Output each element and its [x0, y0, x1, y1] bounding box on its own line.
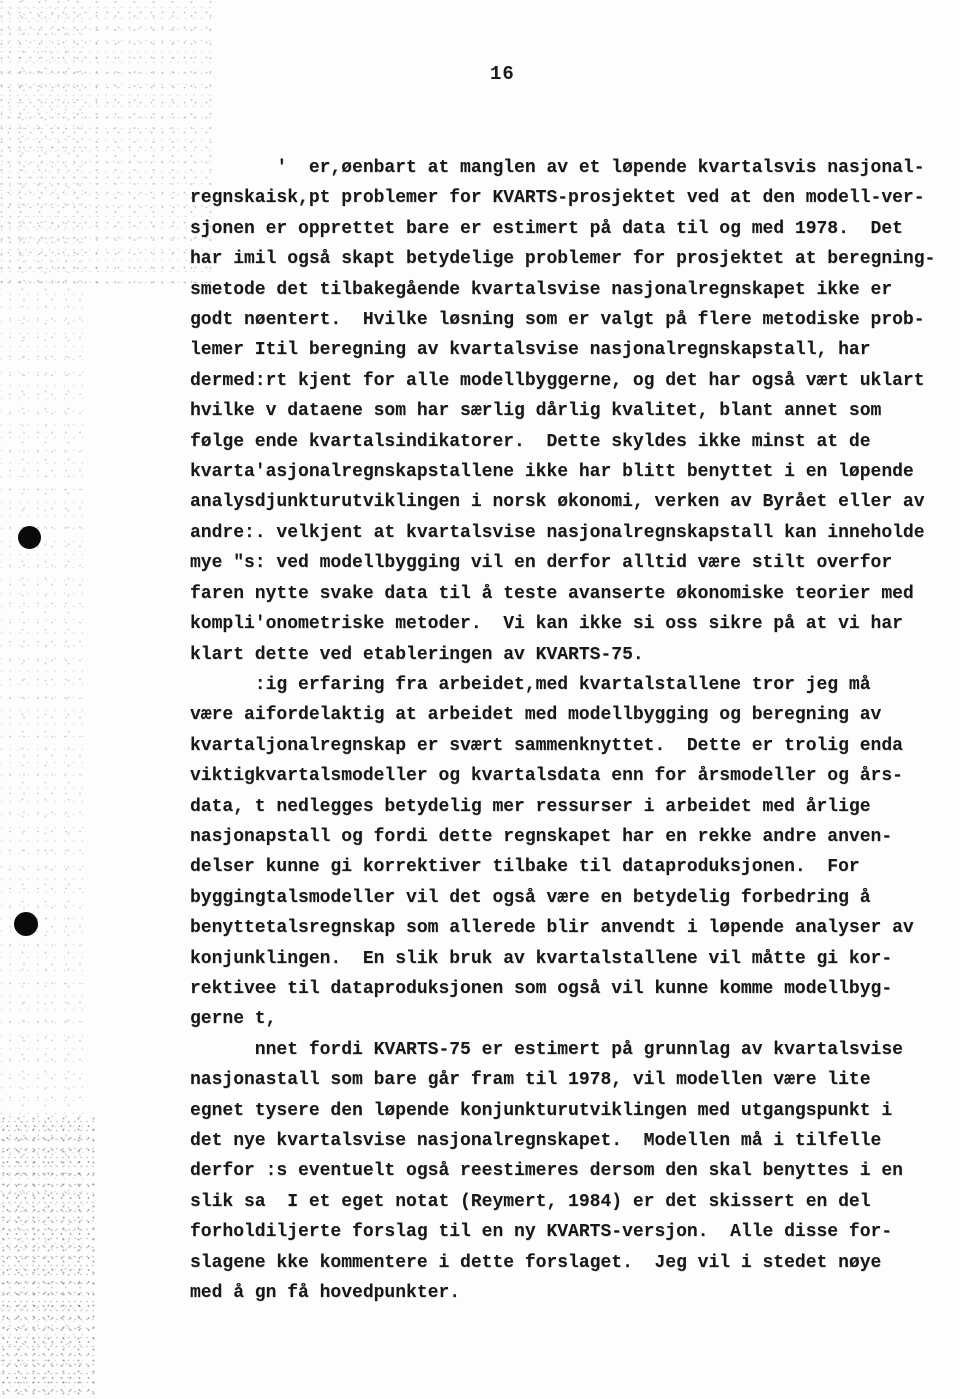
- text-line: benyttetalsregnskap som allerede blir an…: [190, 913, 950, 943]
- hole-punch-mark-top: [18, 526, 41, 549]
- text-line: med å gn få hovedpunkter.: [190, 1278, 950, 1308]
- text-line: faren nytte svake data til å teste avans…: [190, 579, 950, 609]
- text-line: godt nøentert. Hvilke løsning som er val…: [190, 305, 950, 335]
- text-line: forholdiljerte forslag til en ny KVARTS-…: [190, 1217, 950, 1247]
- text-line: andre:. velkjent at kvartalsvise nasjona…: [190, 518, 950, 548]
- document-text-block: ' er,øenbart at manglen av et løpende kv…: [190, 153, 950, 1308]
- text-line: analysdjunkturutviklingen i norsk økonom…: [190, 487, 950, 517]
- text-line: :ig erfaring fra arbeidet,med kvartalsta…: [190, 670, 950, 700]
- text-line: nnet fordi KVARTS-75 er estimert på grun…: [190, 1035, 950, 1065]
- text-line: ' er,øenbart at manglen av et løpende kv…: [190, 153, 950, 183]
- text-line: slik sa I et eget notat (Reymert, 1984) …: [190, 1187, 950, 1217]
- page-number: 16: [490, 63, 515, 85]
- scan-noise-top-left: [0, 0, 215, 290]
- text-line: egnet tysere den løpende konjunkturutvik…: [190, 1096, 950, 1126]
- text-line: byggingtalsmodeller vil det også være en…: [190, 883, 950, 913]
- hole-punch-mark-bottom: [14, 912, 38, 936]
- text-line: sjonen er opprettet bare er estimert på …: [190, 214, 950, 244]
- text-line: lemer Itil beregning av kvartalsvise nas…: [190, 335, 950, 365]
- text-line: har imil også skapt betydelige problemer…: [190, 244, 950, 274]
- scan-noise-left-edge: [0, 0, 85, 1399]
- text-line: følge ende kvartalsindikatorer. Dette sk…: [190, 427, 950, 457]
- scanned-document-page: 16 ' er,øenbart at manglen av et løpende…: [0, 0, 960, 1399]
- text-line: gerne t,: [190, 1004, 950, 1034]
- text-line: det nye kvartalsvise nasjonalregnskapet.…: [190, 1126, 950, 1156]
- text-line: rektivee til dataproduksjonen som også v…: [190, 974, 950, 1004]
- text-line: kvarta'asjonalregnskapstallene ikke har …: [190, 457, 950, 487]
- text-line: mye "s: ved modellbygging vil en derfor …: [190, 548, 950, 578]
- text-line: nasjonapstall og fordi dette regnskapet …: [190, 822, 950, 852]
- text-line: smetode det tilbakegående kvartalsvise n…: [190, 275, 950, 305]
- text-line: dermed:rt kjent for alle modellbyggerne,…: [190, 366, 950, 396]
- text-line: klart dette ved etableringen av KVARTS-7…: [190, 640, 950, 670]
- text-line: derfor :s eventuelt også reestimeres der…: [190, 1156, 950, 1186]
- scan-noise-bottom-left: [0, 1115, 95, 1399]
- text-line: regnskaisk,pt problemer for KVARTS-prosj…: [190, 183, 950, 213]
- text-line: kvartaljonalregnskap er svært sammenknyt…: [190, 731, 950, 761]
- text-line: slagene kke kommentere i dette forslaget…: [190, 1248, 950, 1278]
- text-line: data, t nedlegges betydelig mer ressurse…: [190, 792, 950, 822]
- text-line: delser kunne gi korrektiver tilbake til …: [190, 852, 950, 882]
- text-line: konjunklingen. En slik bruk av kvartalst…: [190, 944, 950, 974]
- text-line: være aifordelaktig at arbeidet med model…: [190, 700, 950, 730]
- text-line: hvilke v dataene som har særlig dårlig k…: [190, 396, 950, 426]
- text-line: viktigkvartalsmodeller og kvartalsdata e…: [190, 761, 950, 791]
- text-line: kompli'onometriske metoder. Vi kan ikke …: [190, 609, 950, 639]
- text-line: nasjonastall som bare går fram til 1978,…: [190, 1065, 950, 1095]
